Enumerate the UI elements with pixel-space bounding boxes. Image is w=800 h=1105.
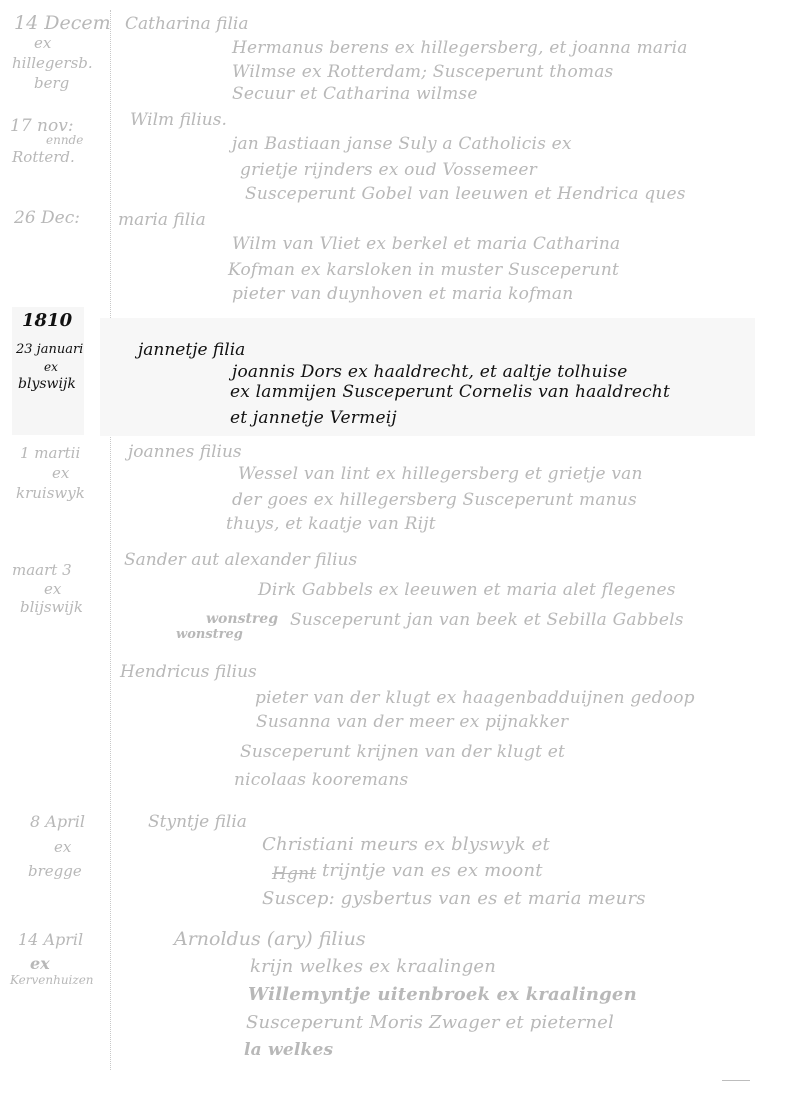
child-name: Wilm filius. (130, 112, 227, 129)
child-name: maria filia (118, 212, 206, 229)
entry-line: Suscep: gysbertus van es et maria meurs (262, 890, 646, 908)
struck-word: Hgnt (272, 866, 316, 883)
entry-margin-text: ex (30, 956, 50, 972)
register-page: 14 Decem ex hillegersb. berg Catharina f… (0, 0, 800, 1105)
entry-place: blijswijk (20, 600, 83, 615)
entry-margin-text: ennde (46, 134, 83, 146)
entry-line: et jannetje Vermeij (230, 410, 397, 427)
entry-margin-text: ex (52, 466, 69, 481)
entry-line: trijntje van es ex moont (322, 862, 543, 880)
entry-line: Susanna van der meer ex pijnakker (256, 714, 568, 731)
entry-line: Susceperunt krijnen van der klugt et (240, 744, 565, 761)
entry-line: pieter van der klugt ex haagenbadduijnen… (255, 690, 695, 707)
entry-line: der goes ex hillegersberg Susceperunt ma… (232, 492, 637, 509)
entry-place: blyswijk (18, 377, 76, 391)
entry-line: thuys, et kaatje van Rijt (226, 516, 436, 533)
annotation-text: wonstreg (206, 612, 278, 626)
register-year: 1810 (22, 312, 72, 330)
child-name: Catharina filia (125, 16, 248, 33)
entry-line: Willemyntje uitenbroek ex kraalingen (248, 986, 637, 1004)
entry-place: kruiswyk (16, 486, 85, 501)
entry-place: bregge (28, 864, 82, 879)
annotation-text: wonstreg (176, 628, 243, 641)
child-name: jannetje filia (138, 342, 245, 359)
child-name: Sander aut alexander filius (124, 552, 357, 569)
entry-line: Susceperunt Gobel van leeuwen et Hendric… (245, 186, 686, 203)
entry-line: Kofman ex karsloken in muster Susceperun… (228, 262, 619, 279)
entry-line: Susceperunt jan van beek et Sebilla Gabb… (290, 612, 684, 629)
child-name: Arnoldus (ary) filius (174, 930, 366, 949)
entry-line: joannis Dors ex haaldrecht, et aaltje to… (232, 364, 628, 381)
entry-place: Kervenhuizen (10, 974, 94, 986)
entry-date: 23 januari (16, 343, 83, 356)
child-name: Hendricus filius (120, 664, 257, 681)
entry-margin-text: ex (44, 361, 58, 373)
entry-line: Wessel van lint ex hillegersberg et grie… (238, 466, 643, 483)
entry-margin-text: berg (34, 76, 69, 91)
entry-line: grietje rijnders ex oud Vossemeer (240, 162, 537, 179)
child-name: joannes filius (128, 444, 242, 461)
entry-line: krijn welkes ex kraalingen (250, 958, 496, 976)
entry-line: pieter van duynhoven et maria kofman (232, 286, 573, 303)
entry-line: la welkes (244, 1042, 333, 1059)
entry-margin-text: ex (54, 840, 71, 855)
entry-line: ex lammijen Susceperunt Cornelis van haa… (230, 384, 670, 401)
entry-margin-text: ex (34, 36, 51, 51)
entry-line: Hermanus berens ex hillegersberg, et joa… (232, 40, 688, 57)
entry-line: Susceperunt Moris Zwager et pieternel (246, 1014, 614, 1032)
child-name: Styntje filia (148, 814, 247, 831)
entry-line: Secuur et Catharina wilmse (232, 86, 478, 103)
entry-date: 26 Dec: (14, 210, 80, 227)
entry-date: 14 April (18, 932, 83, 948)
entry-place: hillegersb. (12, 56, 93, 71)
entry-date: 14 Decem (14, 14, 111, 33)
footer-rule (722, 1080, 750, 1081)
entry-line: Wilm van Vliet ex berkel et maria Cathar… (232, 236, 620, 253)
entry-line: jan Bastiaan janse Suly a Catholicis ex (232, 136, 572, 153)
entry-line: Christiani meurs ex blyswyk et (262, 836, 550, 854)
entry-line: Wilmse ex Rotterdam; Susceperunt thomas (232, 64, 613, 81)
column-divider (110, 10, 111, 1070)
entry-margin-text: ex (44, 582, 61, 597)
entry-line: Dirk Gabbels ex leeuwen et maria alet fl… (258, 582, 676, 599)
entry-date: 1 martii (20, 446, 80, 461)
entry-line: nicolaas kooremans (234, 772, 408, 789)
entry-date: maart 3 (12, 563, 72, 578)
entry-date: 8 April (30, 814, 85, 830)
entry-place: Rotterd. (12, 150, 75, 165)
